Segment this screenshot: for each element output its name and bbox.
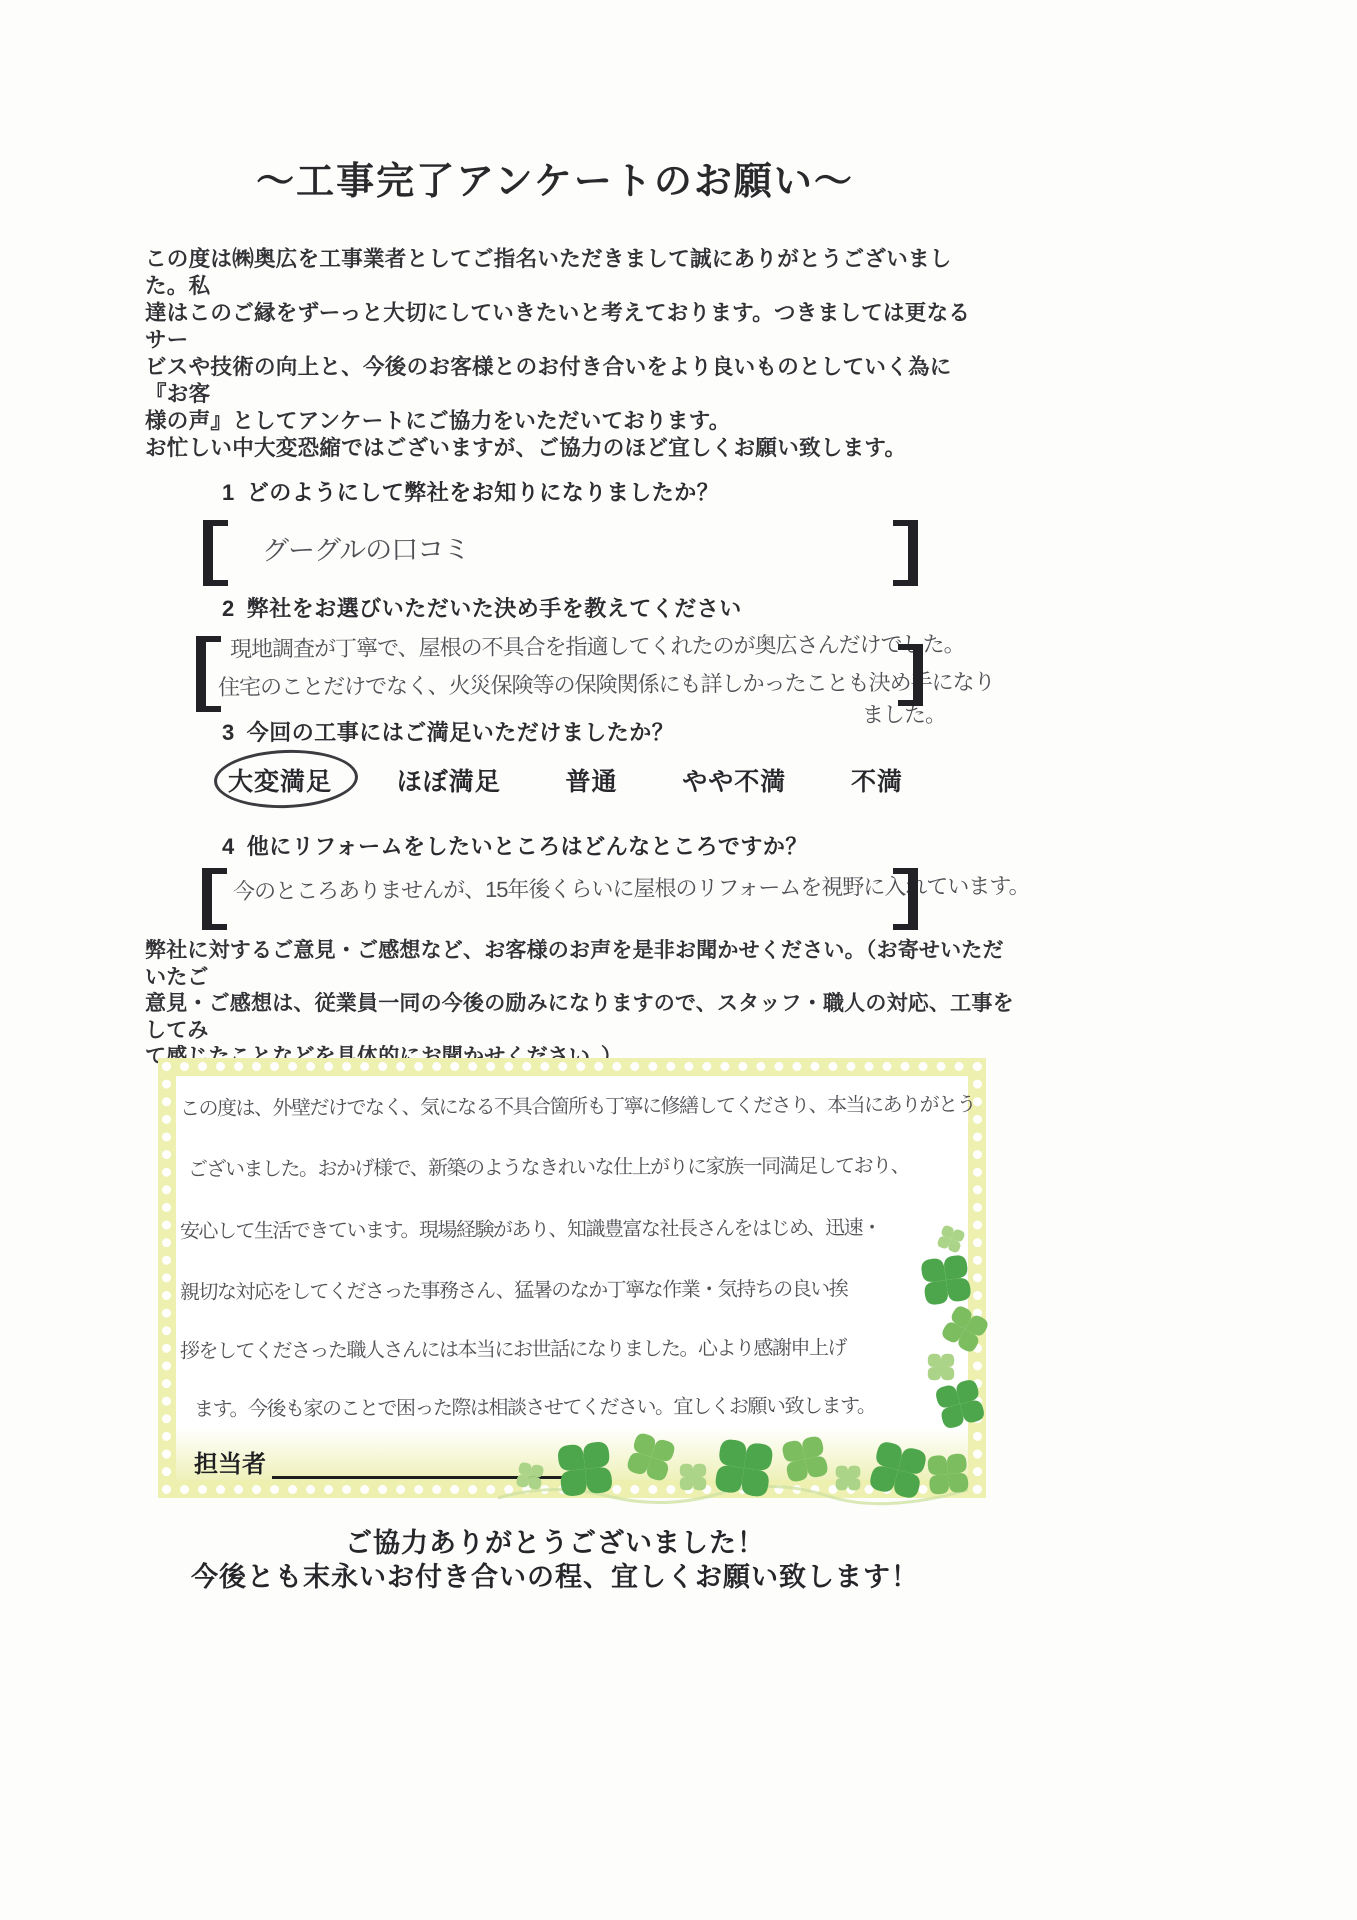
option-slightly-dissatisfied: やや不満 — [682, 762, 786, 798]
comment-box: この度は、外壁だけでなく、気になる不具合箇所も丁寧に修繕してくださり、本当にあり… — [158, 1058, 986, 1498]
question-number: 3 — [222, 720, 235, 745]
answer-bracket-right-icon — [898, 644, 923, 706]
option-mostly-satisfied: ほぼ満足 — [397, 762, 501, 798]
intro-paragraph: この度は㈱奥広を工事業者としてご指名いただきまして誠にありがとうございました。私… — [145, 246, 991, 462]
footer-thanks: ご協力ありがとうございました！ 今後とも末永いお付き合いの程、宜しくお願い致しま… — [0, 1526, 1110, 1594]
clover-icon — [710, 1434, 778, 1502]
satisfaction-options: 大変満足 ほぼ満足 普通 やや不満 不満 — [228, 762, 903, 798]
handwritten-comment-line: 安心して生活できています。現場経験があり、知識豊富な社長さんをはじめ、迅速・ — [180, 1211, 881, 1244]
intro-line: ビスや技術の向上と、今後のお客様とのお付き合いをより良いものとしていく為に『お客 — [145, 354, 991, 408]
handwritten-comment-line: 拶をしてくださった職人さんには本当にお世話になりました。心より感謝申上げ — [180, 1331, 846, 1363]
answer-bracket-right-icon — [893, 520, 918, 586]
survey-title: ～工事完了アンケートのお願い～ — [0, 150, 1110, 205]
staff-label: 担当者 — [194, 1444, 266, 1479]
handwritten-answer-1: グーグルの口コミ — [262, 527, 469, 567]
handwritten-answer-2-line-2: 住宅のことだけでなく、火災保険等の保険関係にも詳しかったことも決め手になり — [218, 665, 995, 701]
intro-line: お忙しい中大変恐縮ではございますが、ご協力のほど宜しくお願い致します。 — [145, 435, 991, 462]
option-very-satisfied: 大変満足 — [228, 762, 332, 798]
handwritten-comment-line: ございました。おかげ様で、新築のようなきれいな仕上がりに家族一同満足しており、 — [188, 1149, 909, 1182]
answer-bracket-right-icon — [893, 868, 918, 930]
option-dissatisfied: 不満 — [851, 762, 903, 798]
feedback-request-paragraph: 弊社に対するご意見・ご感想など、お客様のお声を是非お聞かせください。（お寄せいた… — [145, 938, 1015, 1071]
handwritten-comment-line: 親切な対応をしてくださった事務さん、猛暑のなか丁寧な作業・気持ちの良い挨 — [180, 1272, 847, 1304]
clover-icon — [924, 1450, 972, 1498]
question-number: 4 — [222, 834, 235, 859]
scanned-survey-page: ～工事完了アンケートのお願い～ この度は㈱奥広を工事業者としてご指名いただきまし… — [0, 0, 1357, 1920]
intro-line: 達はこのご縁をずーっと大切にしていきたいと考えております。つきましては更なるサー — [145, 300, 991, 354]
option-neutral: 普通 — [565, 762, 617, 798]
clover-icon — [926, 1352, 956, 1382]
footer-thanks-line-1: ご協力ありがとうございました！ — [0, 1526, 1110, 1560]
intro-line: 様の声』としてアンケートにご協力をいただいております。 — [145, 408, 991, 435]
staff-row: 担当者 — [194, 1444, 567, 1479]
intro-line: この度は㈱奥広を工事業者としてご指名いただきまして誠にありがとうございました。私 — [145, 246, 991, 300]
handwritten-comment-line: この度は、外壁だけでなく、気になる不具合箇所も丁寧に修繕してくださり、本当にあり… — [180, 1088, 975, 1121]
question-4-label: 4他にリフォームをしたいところはどんなところですか？ — [222, 830, 808, 861]
question-2-label: 2弊社をお選びいただいた決め手を教えてください — [222, 592, 742, 623]
clover-icon — [553, 1437, 617, 1501]
question-3-label: 3今回の工事にはご満足いただけましたか？ — [222, 716, 674, 747]
clover-icon — [514, 1460, 546, 1492]
handwritten-comment-line: ます。今後も家のことで困った際は相談させてください。宜しくお願い致します。 — [194, 1389, 875, 1422]
clover-icon — [917, 1251, 976, 1310]
question-1-label: 1どのようにして弊社をお知りになりましたか？ — [222, 476, 719, 507]
clover-icon — [678, 1462, 708, 1492]
feedback-request-line: 弊社に対するご意見・ご感想など、お客様のお声を是非お聞かせください。（お寄せいた… — [145, 938, 1015, 991]
answer-bracket-left-icon — [202, 868, 227, 930]
handwritten-answer-2-line-1: 現地調査が丁寧で、屋根の不具合を指適してくれたのが奥広さんだけでした。 — [230, 627, 965, 663]
question-number: 1 — [222, 480, 235, 505]
question-number: 2 — [222, 596, 235, 621]
feedback-request-line: 意見・ご感想は、従業員一同の今後の励みになりますので、スタッフ・職人の対応、工事… — [145, 991, 1015, 1044]
footer-thanks-line-2: 今後とも末永いお付き合いの程、宜しくお願い致します！ — [0, 1560, 1110, 1594]
answer-bracket-left-icon — [203, 520, 228, 586]
clover-icon — [778, 1432, 833, 1487]
clover-icon — [834, 1464, 862, 1492]
